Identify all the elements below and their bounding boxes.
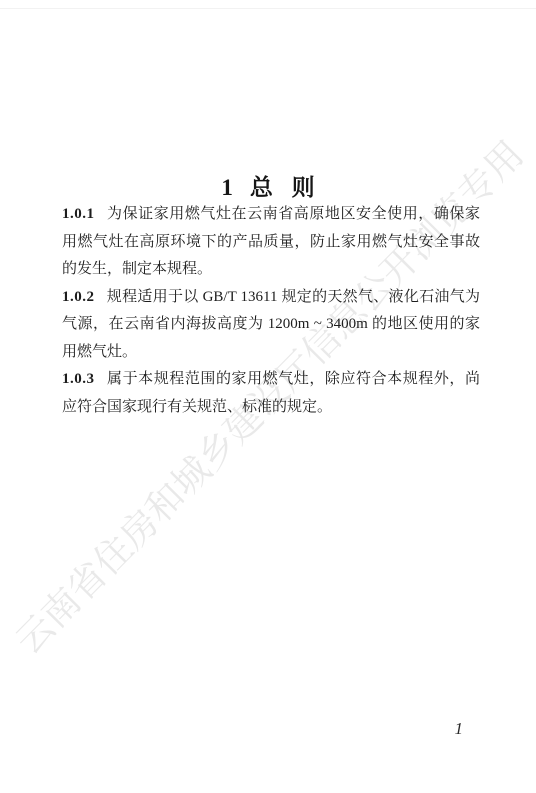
clause-1-0-3: 1.0.3属于本规程范围的家用燃气灶，除应符合本规程外，尚应符合国家现行有关规范… [62,366,480,421]
clause-1-0-2: 1.0.2规程适用于以 GB/T 13611 规定的天然气、液化石油气为气源，在… [62,284,480,367]
page-number: 1 [455,719,464,739]
clause-number: 1.0.1 [62,206,95,222]
clause-text: 属于本规程范围的家用燃气灶，除应符合本规程外，尚应符合国家现行有关规范、标准的规… [62,371,480,415]
clause-1-0-1: 1.0.1为保证家用燃气灶在云南省高原地区安全使用，确保家用燃气灶在高原环境下的… [62,201,480,284]
chapter-name: 总 则 [250,175,315,200]
chapter-heading: 1总 则 [0,174,536,202]
clause-number: 1.0.2 [62,289,95,305]
clause-number: 1.0.3 [62,371,95,387]
clause-list: 1.0.1为保证家用燃气灶在云南省高原地区安全使用，确保家用燃气灶在高原环境下的… [62,201,480,421]
clause-text: 为保证家用燃气灶在云南省高原地区安全使用，确保家用燃气灶在高原环境下的产品质量，… [62,206,480,277]
chapter-number: 1 [221,175,233,200]
clause-text: 规程适用于以 GB/T 13611 规定的天然气、液化石油气为气源，在云南省内海… [62,289,480,360]
scan-edge-artifact [0,8,536,9]
document-page: 云南省住房和城乡建设厅信息公开浏览专用 1总 则 1.0.1为保证家用燃气灶在云… [0,0,536,793]
